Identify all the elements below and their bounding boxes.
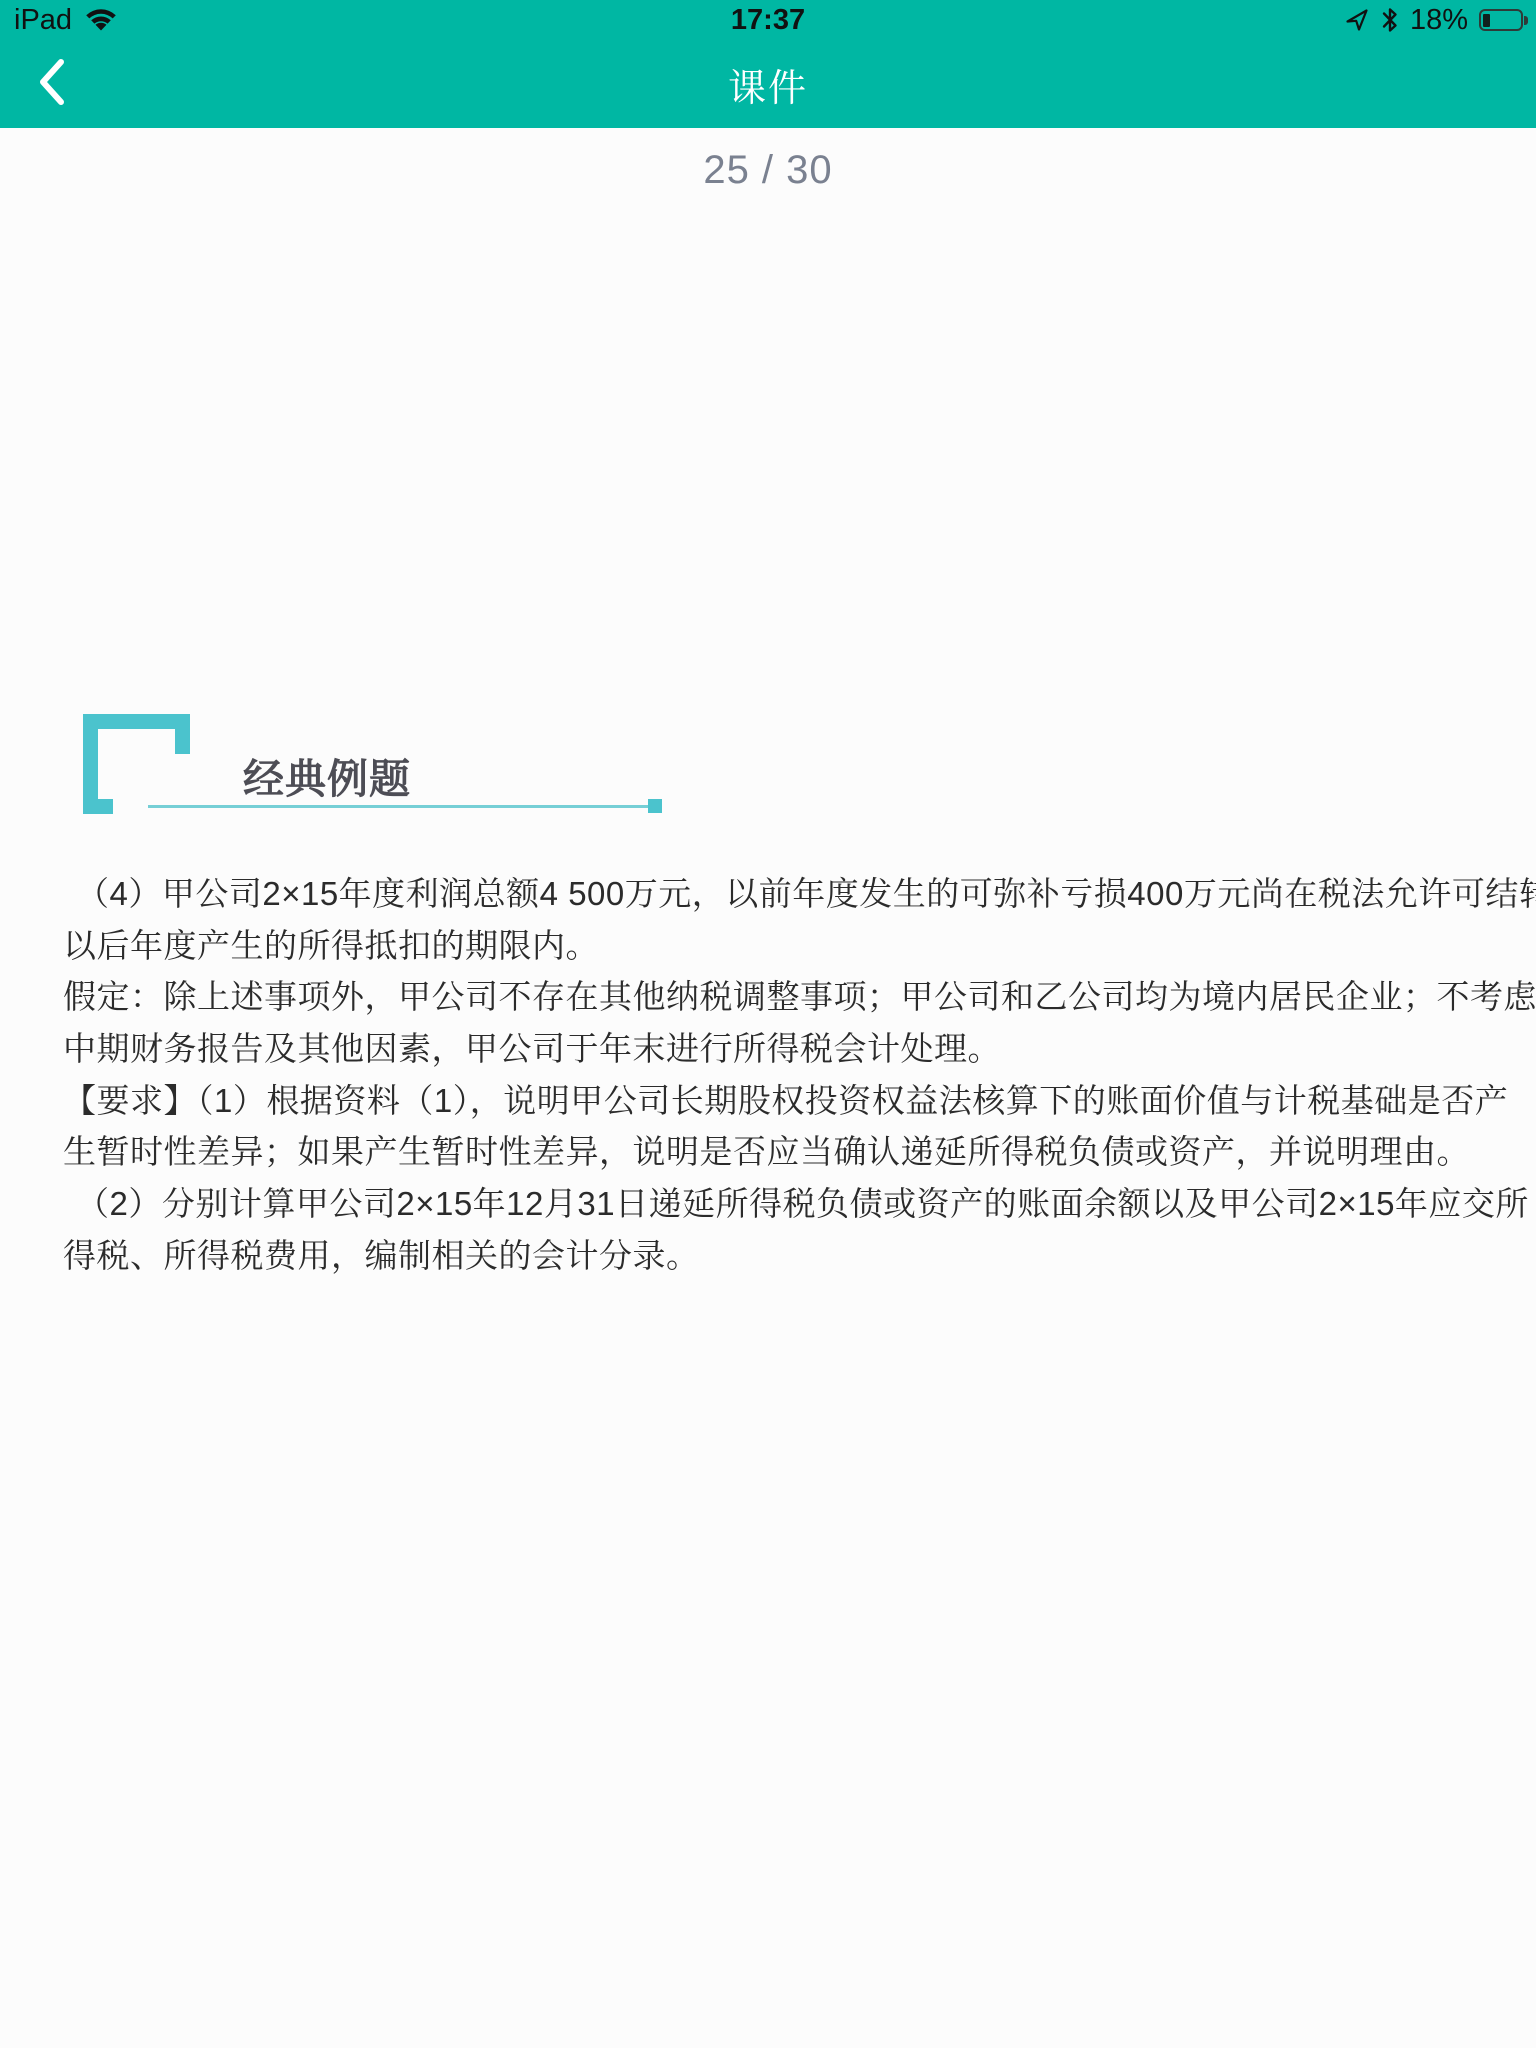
status-bar: iPad 17:37 18%	[0, 0, 1536, 40]
battery-percent-label: 18%	[1410, 4, 1468, 37]
wifi-icon	[84, 8, 118, 32]
text-line: 得税、所得税费用，编制相关的会计分录。	[63, 1230, 1477, 1282]
text-line: 中期财务报告及其他因素，甲公司于年末进行所得税会计处理。	[63, 1023, 1477, 1075]
nav-bar: 课件	[0, 40, 1536, 128]
section-underline	[148, 805, 648, 808]
lesson-text: （4）甲公司2×15年度利润总额4 500万元，以前年度发生的可弥补亏损400万…	[63, 868, 1477, 1282]
text-line: （4）甲公司2×15年度利润总额4 500万元，以前年度发生的可弥补亏损400万…	[63, 868, 1477, 920]
section-title: 经典例题	[243, 746, 411, 805]
section-underline-endcap	[648, 799, 662, 813]
text-line: 生暂时性差异；如果产生暂时性差异，说明是否应当确认递延所得税负债或资产，并说明理…	[63, 1126, 1477, 1178]
status-time: 17:37	[0, 4, 1536, 37]
page-indicator: 25 / 30	[0, 148, 1536, 193]
chevron-left-icon	[37, 57, 67, 112]
text-line: 假定：除上述事项外，甲公司不存在其他纳税调整事项；甲公司和乙公司均为境内居民企业…	[63, 971, 1477, 1023]
battery-icon	[1479, 9, 1528, 31]
text-line: 【要求】（1）根据资料（1），说明甲公司长期股权投资权益法核算下的账面价值与计税…	[63, 1075, 1477, 1127]
location-arrow-icon	[1344, 7, 1370, 33]
text-line: （2）分别计算甲公司2×15年12月31日递延所得税负债或资产的账面余额以及甲公…	[63, 1178, 1477, 1230]
back-button[interactable]	[22, 40, 82, 128]
status-bar-left: iPad	[0, 4, 118, 37]
page-title: 课件	[0, 57, 1536, 112]
screen: iPad 17:37 18%	[0, 0, 1536, 2048]
carrier-label: iPad	[14, 4, 72, 37]
status-bar-right: 18%	[1344, 4, 1536, 37]
bluetooth-icon	[1381, 6, 1399, 34]
text-line: 以后年度产生的所得抵扣的期限内。	[63, 920, 1477, 972]
corner-bracket-icon	[83, 714, 190, 819]
